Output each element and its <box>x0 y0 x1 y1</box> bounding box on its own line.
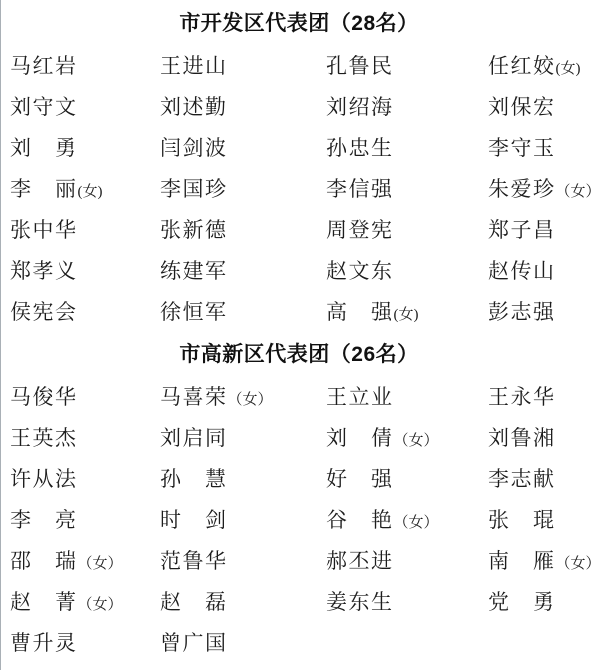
female-marker: (女) <box>394 307 419 323</box>
delegate-name: 彭志强 <box>488 302 598 323</box>
delegate-name: 赵 磊 <box>160 592 326 613</box>
female-marker: （女） <box>78 556 123 572</box>
delegate-name: 范鲁华 <box>160 551 326 572</box>
delegate-name: 张新德 <box>160 220 326 241</box>
delegate-name: 王进山 <box>160 56 326 77</box>
delegate-name: 邵 瑞（女） <box>10 551 160 572</box>
left-border-rule <box>0 0 1 670</box>
female-marker: （女） <box>556 556 598 572</box>
delegate-name: 张中华 <box>10 220 160 241</box>
delegate-name: 刘守文 <box>10 97 160 118</box>
delegate-name: 党 勇 <box>488 592 598 613</box>
delegate-row: 邵 瑞（女）范鲁华郝丕进南 雁（女） <box>0 541 598 582</box>
delegate-name: 王立业 <box>326 387 488 408</box>
delegate-name: 刘启同 <box>160 428 326 449</box>
female-marker: （女） <box>78 597 123 613</box>
delegate-name: 周登宪 <box>326 220 488 241</box>
delegate-row: 马俊华马喜荣（女）王立业王永华 <box>0 377 598 418</box>
delegate-name: 谷 艳（女） <box>326 510 488 531</box>
delegate-name: 李守玉 <box>488 138 598 159</box>
delegate-name: 郝丕进 <box>326 551 488 572</box>
delegate-row: 王英杰刘启同刘 倩（女）刘鲁湘 <box>0 418 598 459</box>
delegate-list-document: 市开发区代表团（28名） 马红岩王进山孔鲁民任红姣(女)刘守文刘述勤刘绍海刘保宏… <box>0 0 598 670</box>
delegate-row: 刘守文刘述勤刘绍海刘保宏 <box>0 87 598 128</box>
delegate-name: 赵文东 <box>326 261 488 282</box>
delegate-name: 李 丽(女) <box>10 179 160 200</box>
female-marker: （女） <box>394 433 439 449</box>
section-title: 市高新区代表团（26名） <box>0 333 598 377</box>
delegate-name: 李志献 <box>488 469 598 490</box>
delegate-name: 孙 慧 <box>160 469 326 490</box>
delegate-name: 闫剑波 <box>160 138 326 159</box>
delegate-row: 刘 勇闫剑波孙忠生李守玉 <box>0 128 598 169</box>
delegate-row: 郑孝义练建军赵文东赵传山 <box>0 251 598 292</box>
delegate-name: 高 强(女) <box>326 302 488 323</box>
delegate-name: 刘 勇 <box>10 138 160 159</box>
delegate-name: 刘保宏 <box>488 97 598 118</box>
delegate-row: 张中华张新德周登宪郑子昌 <box>0 210 598 251</box>
delegate-name: 孙忠生 <box>326 138 488 159</box>
section-title: 市开发区代表团（28名） <box>0 2 598 46</box>
delegate-name: 王英杰 <box>10 428 160 449</box>
delegate-name: 李 亮 <box>10 510 160 531</box>
delegate-name: 任红姣(女) <box>488 56 598 77</box>
delegate-name: 刘 倩（女） <box>326 428 488 449</box>
delegate-row: 曹升灵曾广国 <box>0 623 598 664</box>
delegate-name: 李国珍 <box>160 179 326 200</box>
delegate-name: 朱爱珍（女） <box>488 179 598 200</box>
delegate-name-grid: 马红岩王进山孔鲁民任红姣(女)刘守文刘述勤刘绍海刘保宏刘 勇闫剑波孙忠生李守玉李… <box>0 46 598 333</box>
delegate-name: 许从法 <box>10 469 160 490</box>
delegate-name: 侯宪会 <box>10 302 160 323</box>
delegate-name: 赵 菁（女） <box>10 592 160 613</box>
female-marker: （女） <box>228 392 273 408</box>
section-development-zone: 市开发区代表团（28名） 马红岩王进山孔鲁民任红姣(女)刘守文刘述勤刘绍海刘保宏… <box>0 2 598 333</box>
delegate-name: 赵传山 <box>488 261 598 282</box>
delegate-row: 马红岩王进山孔鲁民任红姣(女) <box>0 46 598 87</box>
delegate-name: 南 雁（女） <box>488 551 598 572</box>
delegate-name: 刘鲁湘 <box>488 428 598 449</box>
delegate-name: 孔鲁民 <box>326 56 488 77</box>
delegate-name: 马红岩 <box>10 56 160 77</box>
delegate-name: 郑子昌 <box>488 220 598 241</box>
delegate-row: 侯宪会徐恒军高 强(女)彭志强 <box>0 292 598 333</box>
delegate-name: 郑孝义 <box>10 261 160 282</box>
section-hightech-zone: 市高新区代表团（26名） 马俊华马喜荣（女）王立业王永华王英杰刘启同刘 倩（女）… <box>0 333 598 664</box>
female-marker: (女) <box>556 61 581 77</box>
delegate-row: 李 亮时 剑谷 艳（女）张 琨 <box>0 500 598 541</box>
delegate-name: 张 琨 <box>488 510 598 531</box>
delegate-row: 许从法孙 慧好 强李志献 <box>0 459 598 500</box>
delegate-name: 曹升灵 <box>10 633 160 654</box>
delegate-row: 李 丽(女)李国珍李信强朱爱珍（女） <box>0 169 598 210</box>
female-marker: （女） <box>556 184 598 200</box>
delegate-name: 刘述勤 <box>160 97 326 118</box>
delegate-name: 刘绍海 <box>326 97 488 118</box>
delegate-row: 赵 菁（女）赵 磊姜东生党 勇 <box>0 582 598 623</box>
delegate-name: 时 剑 <box>160 510 326 531</box>
delegate-name: 马喜荣（女） <box>160 387 326 408</box>
delegate-name: 马俊华 <box>10 387 160 408</box>
delegate-name: 练建军 <box>160 261 326 282</box>
delegate-name-grid: 马俊华马喜荣（女）王立业王永华王英杰刘启同刘 倩（女）刘鲁湘许从法孙 慧好 强李… <box>0 377 598 664</box>
female-marker: （女） <box>394 515 439 531</box>
delegate-name: 好 强 <box>326 469 488 490</box>
delegate-name: 姜东生 <box>326 592 488 613</box>
delegate-name: 曾广国 <box>160 633 326 654</box>
delegate-name: 徐恒军 <box>160 302 326 323</box>
delegate-name: 王永华 <box>488 387 598 408</box>
delegate-name: 李信强 <box>326 179 488 200</box>
female-marker: (女) <box>78 184 103 200</box>
